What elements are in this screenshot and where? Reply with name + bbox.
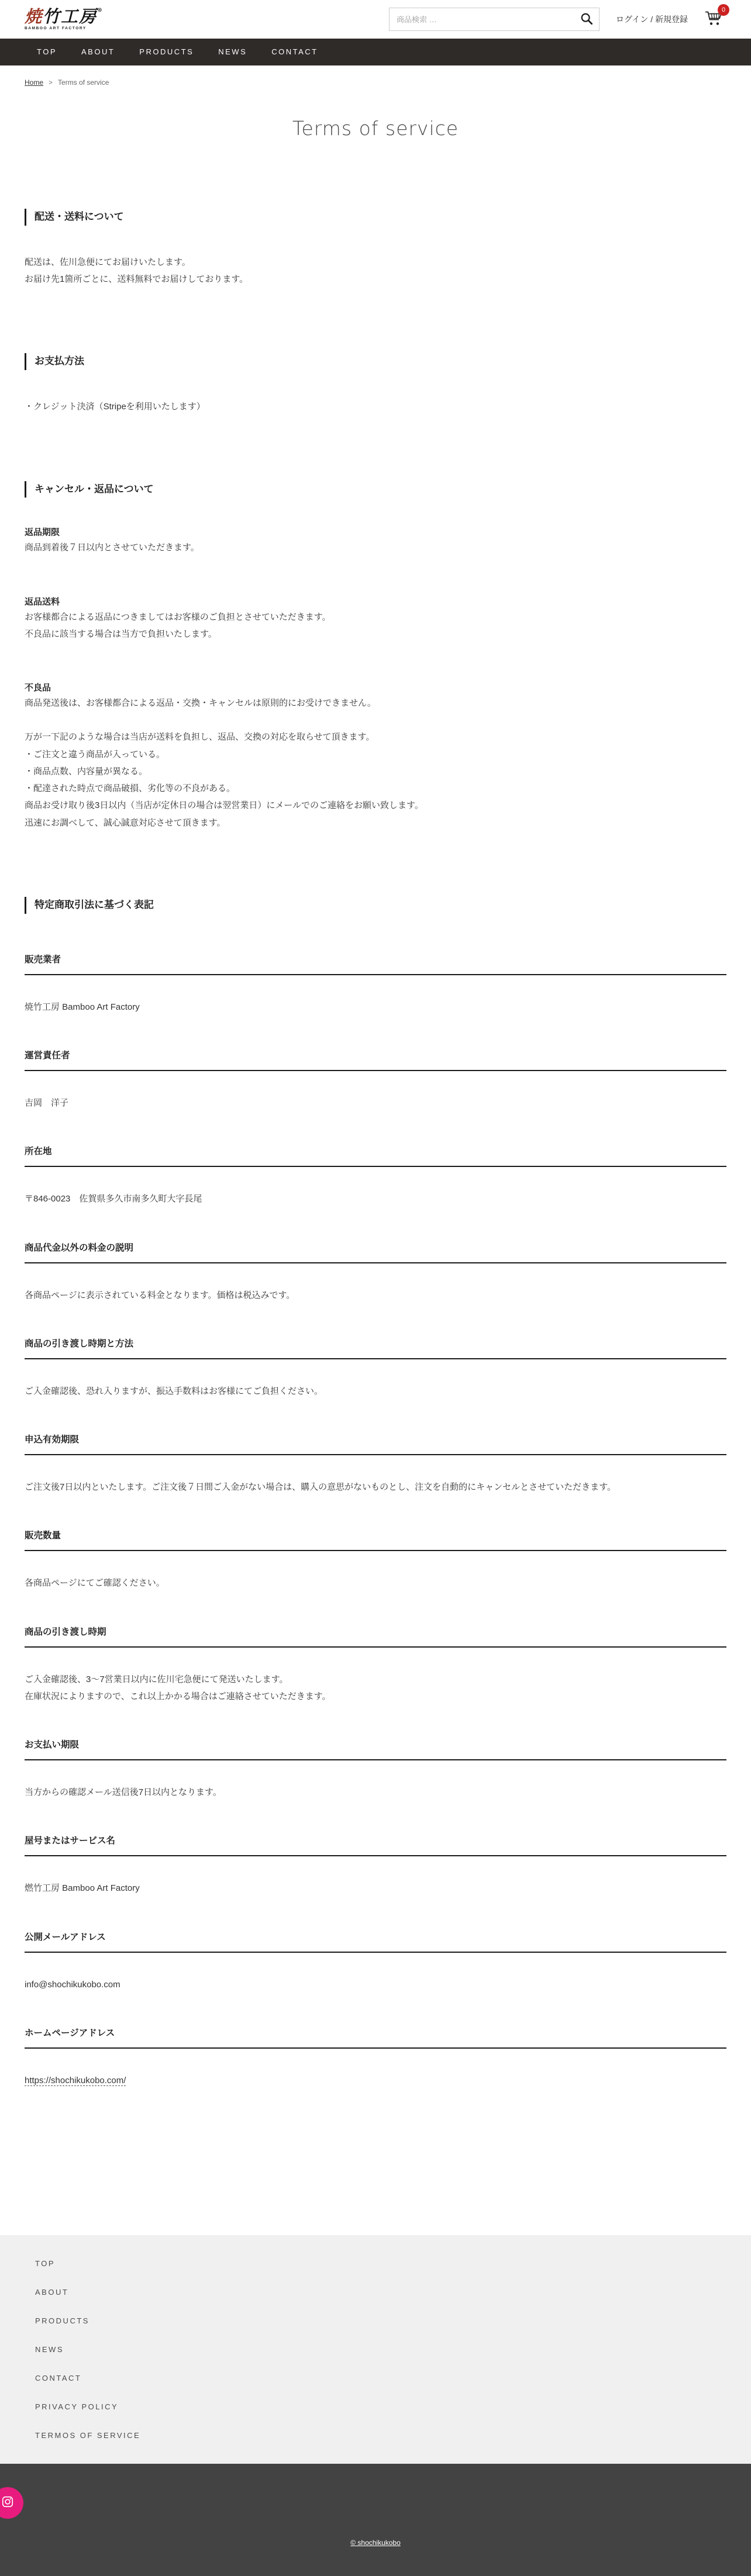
logo-subtitle: BAMBOO ART FACTORY xyxy=(25,27,104,31)
section-heading-payment: お支払方法 xyxy=(25,353,726,370)
page-title: Terms of service xyxy=(25,117,726,140)
cart-button[interactable]: 0 xyxy=(704,9,723,29)
entry-extra-fees: 商品代金以外の料金の説明 各商品ページに表示されている料金となります。価格は税込… xyxy=(25,1241,726,1304)
footer-bottom-bar: © shochikukobo xyxy=(0,2464,751,2576)
entry-term: ホームページアドレス xyxy=(25,2026,726,2049)
footer-item-news[interactable]: NEWS xyxy=(35,2335,726,2364)
section-cancel-return: キャンセル・返品について 返品期限 商品到着後７日以内とさせていただきます。 返… xyxy=(25,481,726,831)
block-title: 不良品 xyxy=(25,681,726,693)
entry-trade-name: 屋号またはサービス名 燃竹工房 Bamboo Art Factory xyxy=(25,1833,726,1897)
instagram-button[interactable] xyxy=(0,2487,23,2519)
nav-item-products[interactable]: PRODUCTS xyxy=(127,39,206,65)
entry-sales-quantity: 販売数量 各商品ページにてご確認ください。 xyxy=(25,1528,726,1591)
section-heading-cancel-return: キャンセル・返品について xyxy=(25,481,726,498)
section-heading-commercial-law: 特定商取引法に基づく表記 xyxy=(25,897,726,914)
entry-value: 燃竹工房 Bamboo Art Factory xyxy=(25,1880,726,1897)
entry-value: 在庫状況によりますので、これ以上かかる場合はご連絡させていただきます。 xyxy=(25,1688,726,1705)
paragraph: お届け先1箇所ごとに、送料無料でお届けしております。 xyxy=(25,271,726,288)
homepage-link[interactable]: https://shochikukobo.com/ xyxy=(25,2076,126,2086)
nav-item-top[interactable]: TOP xyxy=(25,39,69,65)
paragraph: ・配達された時点で商品破損、劣化等の不良がある。 xyxy=(25,780,726,797)
entry-value: 吉岡 洋子 xyxy=(25,1094,726,1111)
footer-item-top[interactable]: TOP xyxy=(35,2249,726,2278)
product-search-box xyxy=(389,8,600,31)
entry-term: 屋号またはサービス名 xyxy=(25,1833,726,1856)
page: 焼竹工房® BAMBOO ART FACTORY ログイン / 新規登録 xyxy=(0,0,751,2576)
footer-item-privacy-policy[interactable]: PRIVACY POLICY xyxy=(35,2392,726,2421)
paragraph-spacer xyxy=(25,712,726,728)
block-defective-items: 不良品 商品発送後は、お客様都合による返品・交換・キャンセルは原則的にお受けでき… xyxy=(25,681,726,831)
entry-term: 申込有効期限 xyxy=(25,1432,726,1455)
entry-term: 運営責任者 xyxy=(25,1048,726,1071)
search-input[interactable] xyxy=(389,8,600,31)
paragraph: 商品発送後は、お客様都合による返品・交換・キャンセルは原則的にお受けできません。 xyxy=(25,695,726,712)
search-button[interactable] xyxy=(574,8,600,31)
entry-value: info@shochikukobo.com xyxy=(25,1976,726,1993)
entry-value: 当方からの確認メール送信後7日以内となります。 xyxy=(25,1784,726,1801)
entry-application-validity: 申込有効期限 ご注文後7日以内といたします。ご注文後７日間ご入金がない場合は、購… xyxy=(25,1432,726,1496)
block-title: 返品期限 xyxy=(25,526,726,538)
entry-term: 販売業者 xyxy=(25,952,726,975)
nav-item-about[interactable]: ABOUT xyxy=(69,39,127,65)
login-register-link[interactable]: ログイン / 新規登録 xyxy=(616,13,688,25)
entry-term: 商品の引き渡し時期と方法 xyxy=(25,1337,726,1359)
block-return-shipping-fee: 返品送料 お客様都合による返品につきましてはお客様のご負担とさせていただきます。… xyxy=(25,595,726,643)
paragraph: 迅速にお調べして、誠心誠意対応させて頂きます。 xyxy=(25,814,726,831)
footer-item-about[interactable]: ABOUT xyxy=(35,2278,726,2306)
entry-term: 商品代金以外の料金の説明 xyxy=(25,1241,726,1263)
entry-homepage: ホームページアドレス https://shochikukobo.com/ xyxy=(25,2026,726,2089)
entry-term: 所在地 xyxy=(25,1144,726,1167)
paragraph: 商品お受け取り後3日以内（当店が定休日の場合は翌営業日）にメールでのご連絡をお願… xyxy=(25,797,726,814)
footer-item-products[interactable]: PRODUCTS xyxy=(35,2306,726,2335)
paragraph: ・クレジット決済（Stripeを利用いたします） xyxy=(25,398,726,415)
entry-value: 焼竹工房 Bamboo Art Factory xyxy=(25,999,726,1016)
section-heading-shipping: 配送・送料について xyxy=(25,209,726,226)
breadcrumb-home-link[interactable]: Home xyxy=(25,78,43,87)
entry-value: 〒846-0023 佐賀県多久市南多久町大字長尾 xyxy=(25,1190,726,1207)
block-title: 返品送料 xyxy=(25,595,726,607)
search-icon xyxy=(580,12,593,27)
paragraph: ・商品点数、内容量が異なる。 xyxy=(25,763,726,780)
footer-item-contact[interactable]: CONTACT xyxy=(35,2364,726,2392)
entry-value: 各商品ページに表示されている料金となります。価格は税込みです。 xyxy=(25,1287,726,1304)
site-header: 焼竹工房® BAMBOO ART FACTORY ログイン / 新規登録 xyxy=(0,0,751,39)
section-shipping: 配送・送料について 配送は、佐川急便にてお届けいたします。 お届け先1箇所ごとに… xyxy=(25,209,726,288)
entry-term: 商品の引き渡し時期 xyxy=(25,1625,726,1648)
entry-payment-deadline: お支払い期限 当方からの確認メール送信後7日以内となります。 xyxy=(25,1738,726,1801)
entry-value: 各商品ページにてご確認ください。 xyxy=(25,1574,726,1591)
paragraph: お客様都合による返品につきましてはお客様のご負担とさせていただきます。 xyxy=(25,609,726,626)
footer-menu: TOP ABOUT PRODUCTS NEWS CONTACT PRIVACY … xyxy=(0,2235,751,2464)
paragraph: ・ご注文と違う商品が入っている。 xyxy=(25,746,726,763)
block-return-deadline: 返品期限 商品到着後７日以内とさせていただきます。 xyxy=(25,526,726,556)
entry-value: ご入金確認後、恐れ入りますが、振込手数料はお客様にてご負担ください。 xyxy=(25,1383,726,1400)
breadcrumb-current: Terms of service xyxy=(58,78,109,87)
entry-seller: 販売業者 焼竹工房 Bamboo Art Factory xyxy=(25,952,726,1016)
main-nav: TOP ABOUT PRODUCTS NEWS CONTACT xyxy=(0,39,751,65)
entry-value: ご入金確認後、3〜7営業日以内に佐川宅急便にて発送いたします。 xyxy=(25,1671,726,1688)
instagram-icon xyxy=(1,2495,14,2511)
logo-kanji: 焼竹工房® xyxy=(25,8,104,25)
paragraph: 不良品に該当する場合は当方で負担いたします。 xyxy=(25,626,726,643)
entry-term: お支払い期限 xyxy=(25,1738,726,1760)
section-payment: お支払方法 ・クレジット決済（Stripeを利用いたします） xyxy=(25,353,726,415)
entry-delivery-time: 商品の引き渡し時期 ご入金確認後、3〜7営業日以内に佐川宅急便にて発送いたします… xyxy=(25,1625,726,1705)
entry-address: 所在地 〒846-0023 佐賀県多久市南多久町大字長尾 xyxy=(25,1144,726,1207)
copyright-link[interactable]: © shochikukobo xyxy=(350,2539,401,2547)
nav-item-news[interactable]: NEWS xyxy=(206,39,259,65)
entry-public-email: 公開メールアドレス info@shochikukobo.com xyxy=(25,1930,726,1993)
site-logo[interactable]: 焼竹工房® BAMBOO ART FACTORY xyxy=(25,8,104,31)
entry-term: 公開メールアドレス xyxy=(25,1930,726,1953)
paragraph: 配送は、佐川急便にてお届けいたします。 xyxy=(25,254,726,271)
paragraph: 商品到着後７日以内とさせていただきます。 xyxy=(25,539,726,556)
cart-count-badge: 0 xyxy=(718,4,729,16)
section-commercial-law: 特定商取引法に基づく表記 販売業者 焼竹工房 Bamboo Art Factor… xyxy=(25,897,726,2089)
entry-operations-manager: 運営責任者 吉岡 洋子 xyxy=(25,1048,726,1111)
nav-item-contact[interactable]: CONTACT xyxy=(259,39,330,65)
site-footer: TOP ABOUT PRODUCTS NEWS CONTACT PRIVACY … xyxy=(0,2235,751,2576)
entry-delivery-time-method: 商品の引き渡し時期と方法 ご入金確認後、恐れ入りますが、振込手数料はお客様にてご… xyxy=(25,1337,726,1400)
footer-item-terms-of-service[interactable]: TERMOS OF SERVICE xyxy=(35,2421,726,2450)
entry-value: ご注文後7日以内といたします。ご注文後７日間ご入金がない場合は、購入の意思がない… xyxy=(25,1479,726,1496)
header-right: ログイン / 新規登録 0 xyxy=(389,8,726,31)
cart-icon xyxy=(704,19,723,29)
breadcrumb: Home>Terms of service xyxy=(25,78,726,87)
registered-mark: ® xyxy=(97,8,104,13)
entry-term: 販売数量 xyxy=(25,1528,726,1551)
breadcrumb-separator: > xyxy=(49,78,53,87)
paragraph: 万が一下記のような場合は当店が送料を負担し、返品、交換の対応を取らせて頂きます。 xyxy=(25,728,726,745)
